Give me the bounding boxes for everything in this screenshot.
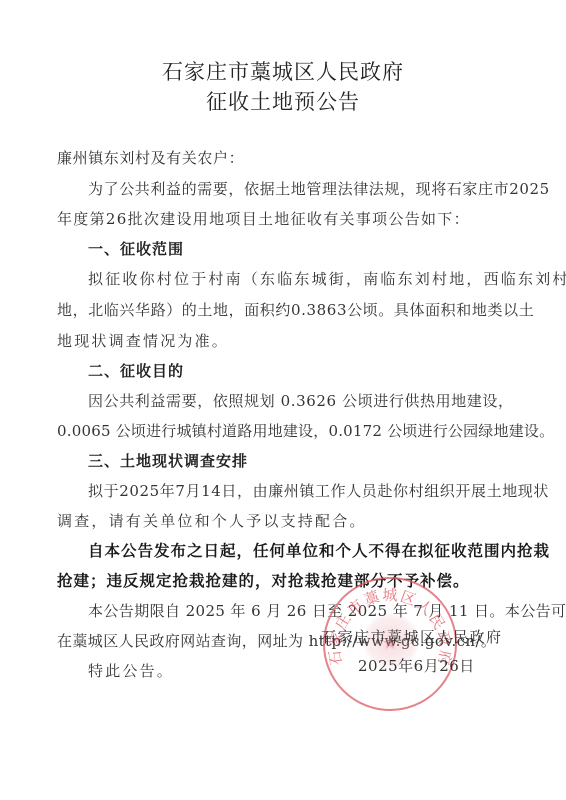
purpose-line-2: 0.0065 公顷进行城镇村道路用地建设，0.0172 公顷进行公园绿地建设。	[57, 421, 517, 441]
scope-line-3: 地现状调查情况为准。	[57, 331, 517, 351]
scope-line-1: 拟征收你村位于村南（东临东城街，南临东刘村地，西临东刘村	[88, 269, 548, 289]
signature-organization: 石家庄市藁城区人民政府	[321, 626, 503, 647]
period-line-1: 本公告期限自 2025 年 6 月 26 日至 2025 年 7 月 11 日。…	[88, 601, 548, 621]
document-title-line2: 征收土地预公告	[0, 86, 566, 116]
closing-text: 特此公告。	[88, 661, 548, 681]
warning-line-1: 自本公告发布之日起，任何单位和个人不得在拟征收范围内抢栽	[88, 541, 548, 561]
intro-line-1: 为了公共利益的需要，依据土地管理法律法规，现将石家庄市2025	[88, 179, 548, 199]
section-heading-scope: 一、征收范围	[88, 239, 548, 259]
survey-line-2: 调查，请有关单位和个人予以支持配合。	[57, 511, 517, 531]
survey-line-1: 拟于2025年7月14日，由廉州镇工作人员赴你村组织开展土地现状	[88, 481, 548, 501]
purpose-line-1: 因公共利益需要，依照规划 0.3626 公顷进行供热用地建设，	[88, 391, 548, 411]
notice-page: 石家庄市藁城区人民政府 征收土地预公告 廉州镇东刘村及有关农户： 为了公共利益的…	[0, 0, 566, 800]
scope-line-2: 地，北临兴华路）的土地，面积约0.3863公顷。具体面积和地类以土	[57, 300, 517, 320]
intro-line-2: 年度第26批次建设用地项目土地征收有关事项公告如下：	[57, 209, 517, 229]
section-heading-survey: 三、土地现状调查安排	[88, 451, 548, 471]
document-title-line1: 石家庄市藁城区人民政府	[0, 56, 566, 86]
section-heading-purpose: 二、征收目的	[88, 361, 548, 381]
salutation: 廉州镇东刘村及有关农户：	[57, 148, 517, 168]
signature-date: 2025年6月26日	[358, 655, 475, 676]
